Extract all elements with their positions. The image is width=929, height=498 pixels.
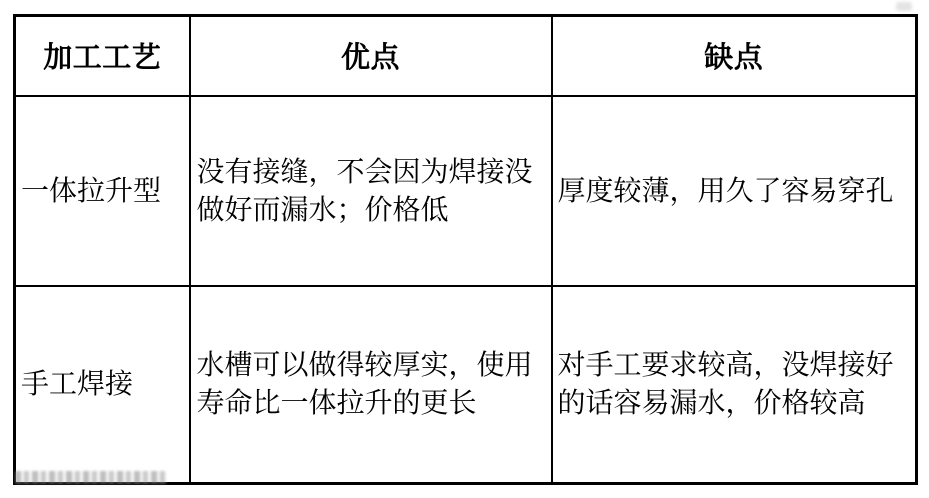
- header-process: 加工工艺: [15, 16, 190, 96]
- header-cons: 缺点: [552, 16, 917, 96]
- corner-smudge: [896, 2, 912, 11]
- cell-process-manual-welding: 手工焊接: [15, 286, 190, 484]
- table-row-manual-welding: 手工焊接 水槽可以做得较厚实，使用 寿命比一体拉升的更长 对手工要求较高，没焊接…: [15, 286, 917, 484]
- table-row-integrated-stretch: 一体拉升型 没有接缝，不会因为焊接没 做好而漏水；价格低 厚度较薄，用久了容易穿…: [15, 96, 917, 286]
- cell-pros-integrated-stretch: 没有接缝，不会因为焊接没 做好而漏水；价格低: [190, 96, 552, 286]
- header-row: 加工工艺 优点 缺点: [15, 16, 917, 96]
- cell-process-integrated-stretch: 一体拉升型: [15, 96, 190, 286]
- comparison-table: 加工工艺 优点 缺点 一体拉升型 没有接缝，不会因为焊接没 做好而漏水；价格低 …: [13, 14, 918, 485]
- cell-pros-manual-welding: 水槽可以做得较厚实，使用 寿命比一体拉升的更长: [190, 286, 552, 484]
- page: 加工工艺 优点 缺点 一体拉升型 没有接缝，不会因为焊接没 做好而漏水；价格低 …: [0, 0, 929, 498]
- watermark: [15, 471, 167, 484]
- cell-cons-integrated-stretch: 厚度较薄，用久了容易穿孔: [552, 96, 917, 286]
- header-pros: 优点: [190, 16, 552, 96]
- cell-cons-manual-welding: 对手工要求较高，没焊接好 的话容易漏水，价格较高: [552, 286, 917, 484]
